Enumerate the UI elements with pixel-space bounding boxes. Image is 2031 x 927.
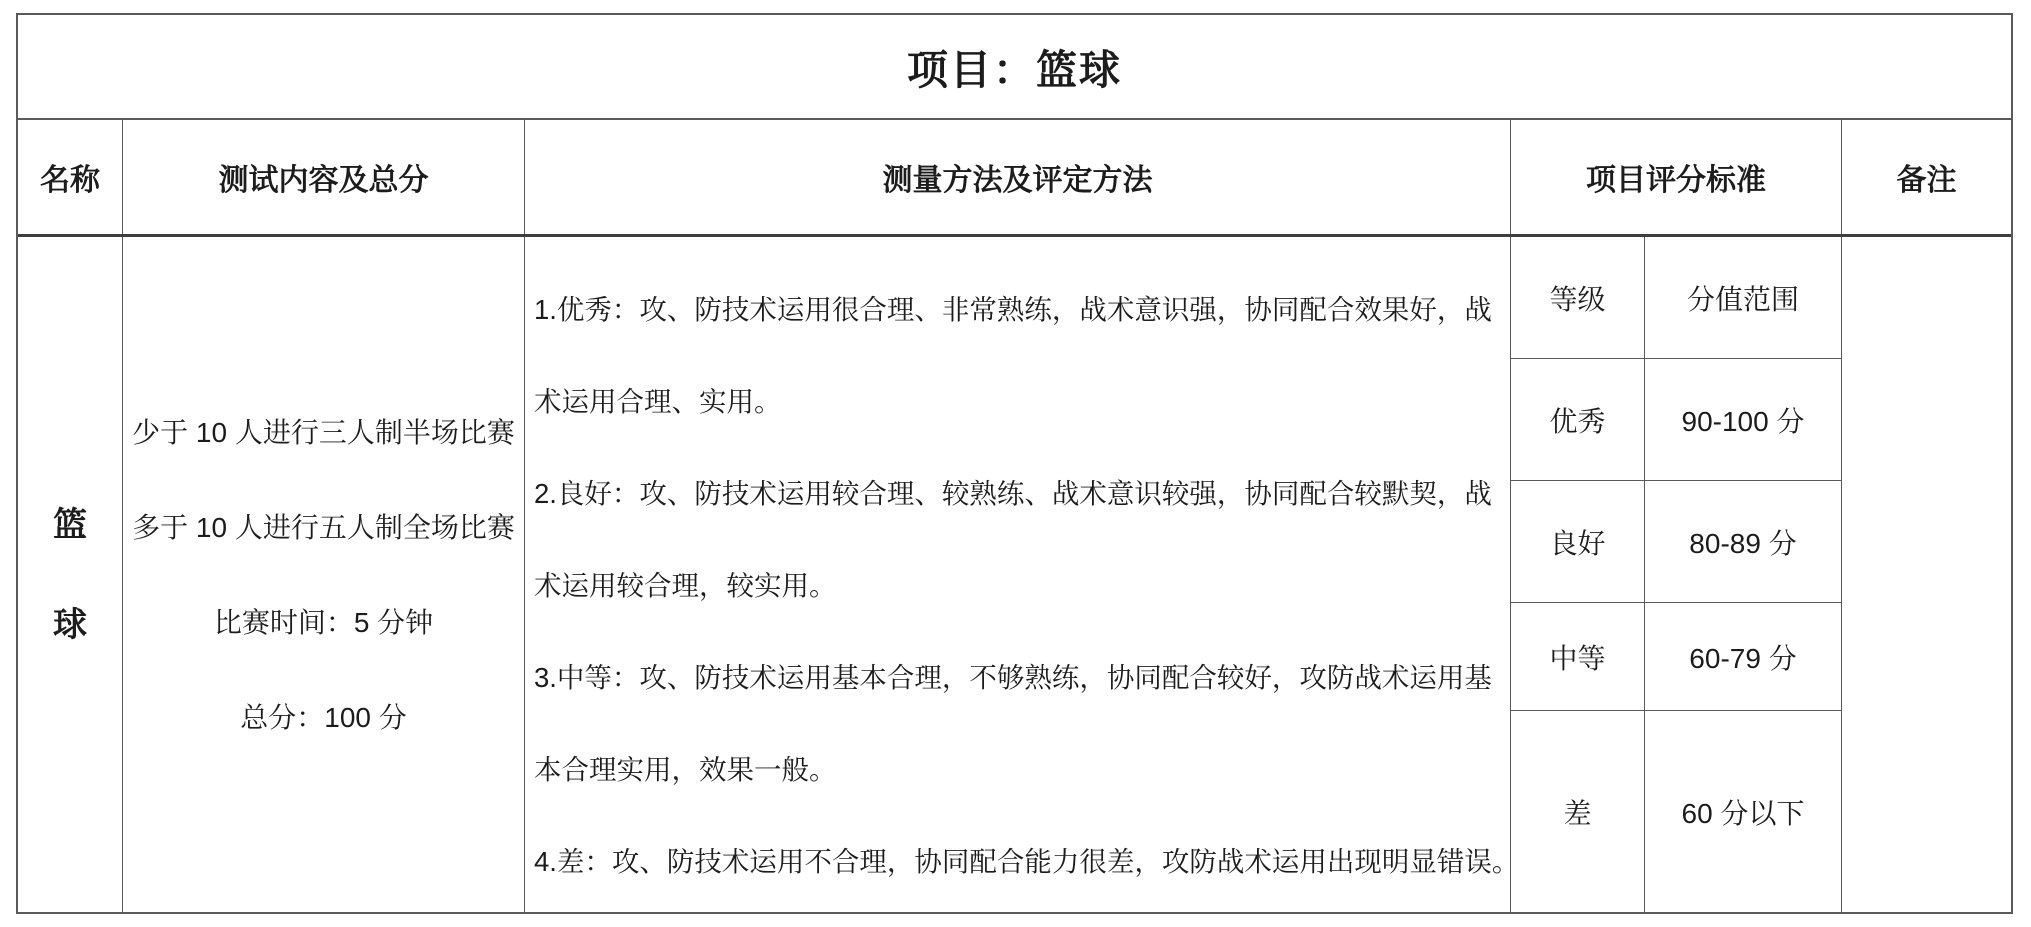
header-test-content: 测试内容及总分 bbox=[123, 120, 525, 234]
range-value: 80-89 分 bbox=[1645, 481, 1841, 602]
scoring-col-grade: 等级 bbox=[1511, 237, 1645, 358]
range-value: 90-100 分 bbox=[1645, 359, 1841, 480]
method-line: 术运用较合理，较实用。 bbox=[534, 540, 1502, 632]
method-line: 术运用合理、实用。 bbox=[534, 356, 1502, 448]
grade-label: 差 bbox=[1511, 711, 1645, 912]
sport-name-char-1: 篮 bbox=[53, 475, 87, 575]
method-line: 4.差：攻、防技术运用不合理，协同配合能力很差，攻防战术运用出现明显错误。 bbox=[534, 816, 1502, 908]
method-line: 3.中等：攻、防技术运用基本合理，不够熟练，协同配合较好，攻防战术运用基 bbox=[534, 632, 1502, 724]
scoring-row-poor: 差 60 分以下 bbox=[1511, 711, 1841, 912]
header-remarks: 备注 bbox=[1842, 120, 2011, 234]
method-line: 1.优秀：攻、防技术运用很合理、非常熟练，战术意识强，协同配合效果好，战 bbox=[534, 264, 1502, 356]
scoring-col-range: 分值范围 bbox=[1645, 237, 1841, 358]
range-value: 60-79 分 bbox=[1645, 603, 1841, 710]
header-name: 名称 bbox=[18, 120, 123, 234]
test-content-line: 多于 10 人进行五人制全场比赛 bbox=[132, 480, 515, 575]
scoring-subheader-row: 等级 分值范围 bbox=[1511, 237, 1841, 359]
cell-remarks bbox=[1842, 237, 2011, 912]
sport-name-char-2: 球 bbox=[53, 575, 87, 675]
table-header-row: 名称 测试内容及总分 测量方法及评定方法 项目评分标准 备注 bbox=[18, 120, 2011, 237]
cell-scoring-standard: 等级 分值范围 优秀 90-100 分 良好 80-89 分 中等 60-79 … bbox=[1511, 237, 1842, 912]
page-title: 项目：篮球 bbox=[18, 15, 2011, 120]
grade-label: 优秀 bbox=[1511, 359, 1645, 480]
scoring-row-good: 良好 80-89 分 bbox=[1511, 481, 1841, 603]
grade-label: 中等 bbox=[1511, 603, 1645, 710]
range-value: 60 分以下 bbox=[1645, 711, 1841, 912]
test-content-line: 比赛时间：5 分钟 bbox=[214, 575, 433, 670]
table-body-row: 篮 球 少于 10 人进行三人制半场比赛 多于 10 人进行五人制全场比赛 比赛… bbox=[18, 237, 2011, 912]
scoring-row-medium: 中等 60-79 分 bbox=[1511, 603, 1841, 711]
cell-test-content: 少于 10 人进行三人制半场比赛 多于 10 人进行五人制全场比赛 比赛时间：5… bbox=[123, 237, 525, 912]
scoring-row-excellent: 优秀 90-100 分 bbox=[1511, 359, 1841, 481]
header-method: 测量方法及评定方法 bbox=[525, 120, 1511, 234]
header-scoring-standard: 项目评分标准 bbox=[1511, 120, 1842, 234]
cell-sport-name: 篮 球 bbox=[18, 237, 123, 912]
grade-label: 良好 bbox=[1511, 481, 1645, 602]
method-line: 本合理实用，效果一般。 bbox=[534, 724, 1502, 816]
document-table: 项目：篮球 名称 测试内容及总分 测量方法及评定方法 项目评分标准 备注 篮 球… bbox=[16, 13, 2013, 914]
cell-method: 1.优秀：攻、防技术运用很合理、非常熟练，战术意识强，协同配合效果好，战 术运用… bbox=[525, 237, 1511, 912]
test-content-line: 少于 10 人进行三人制半场比赛 bbox=[132, 385, 515, 480]
scoring-standard-table: 等级 分值范围 优秀 90-100 分 良好 80-89 分 中等 60-79 … bbox=[1511, 237, 1841, 912]
test-content-line: 总分：100 分 bbox=[240, 670, 407, 765]
method-line: 2.良好：攻、防技术运用较合理、较熟练、战术意识较强，协同配合较默契，战 bbox=[534, 448, 1502, 540]
